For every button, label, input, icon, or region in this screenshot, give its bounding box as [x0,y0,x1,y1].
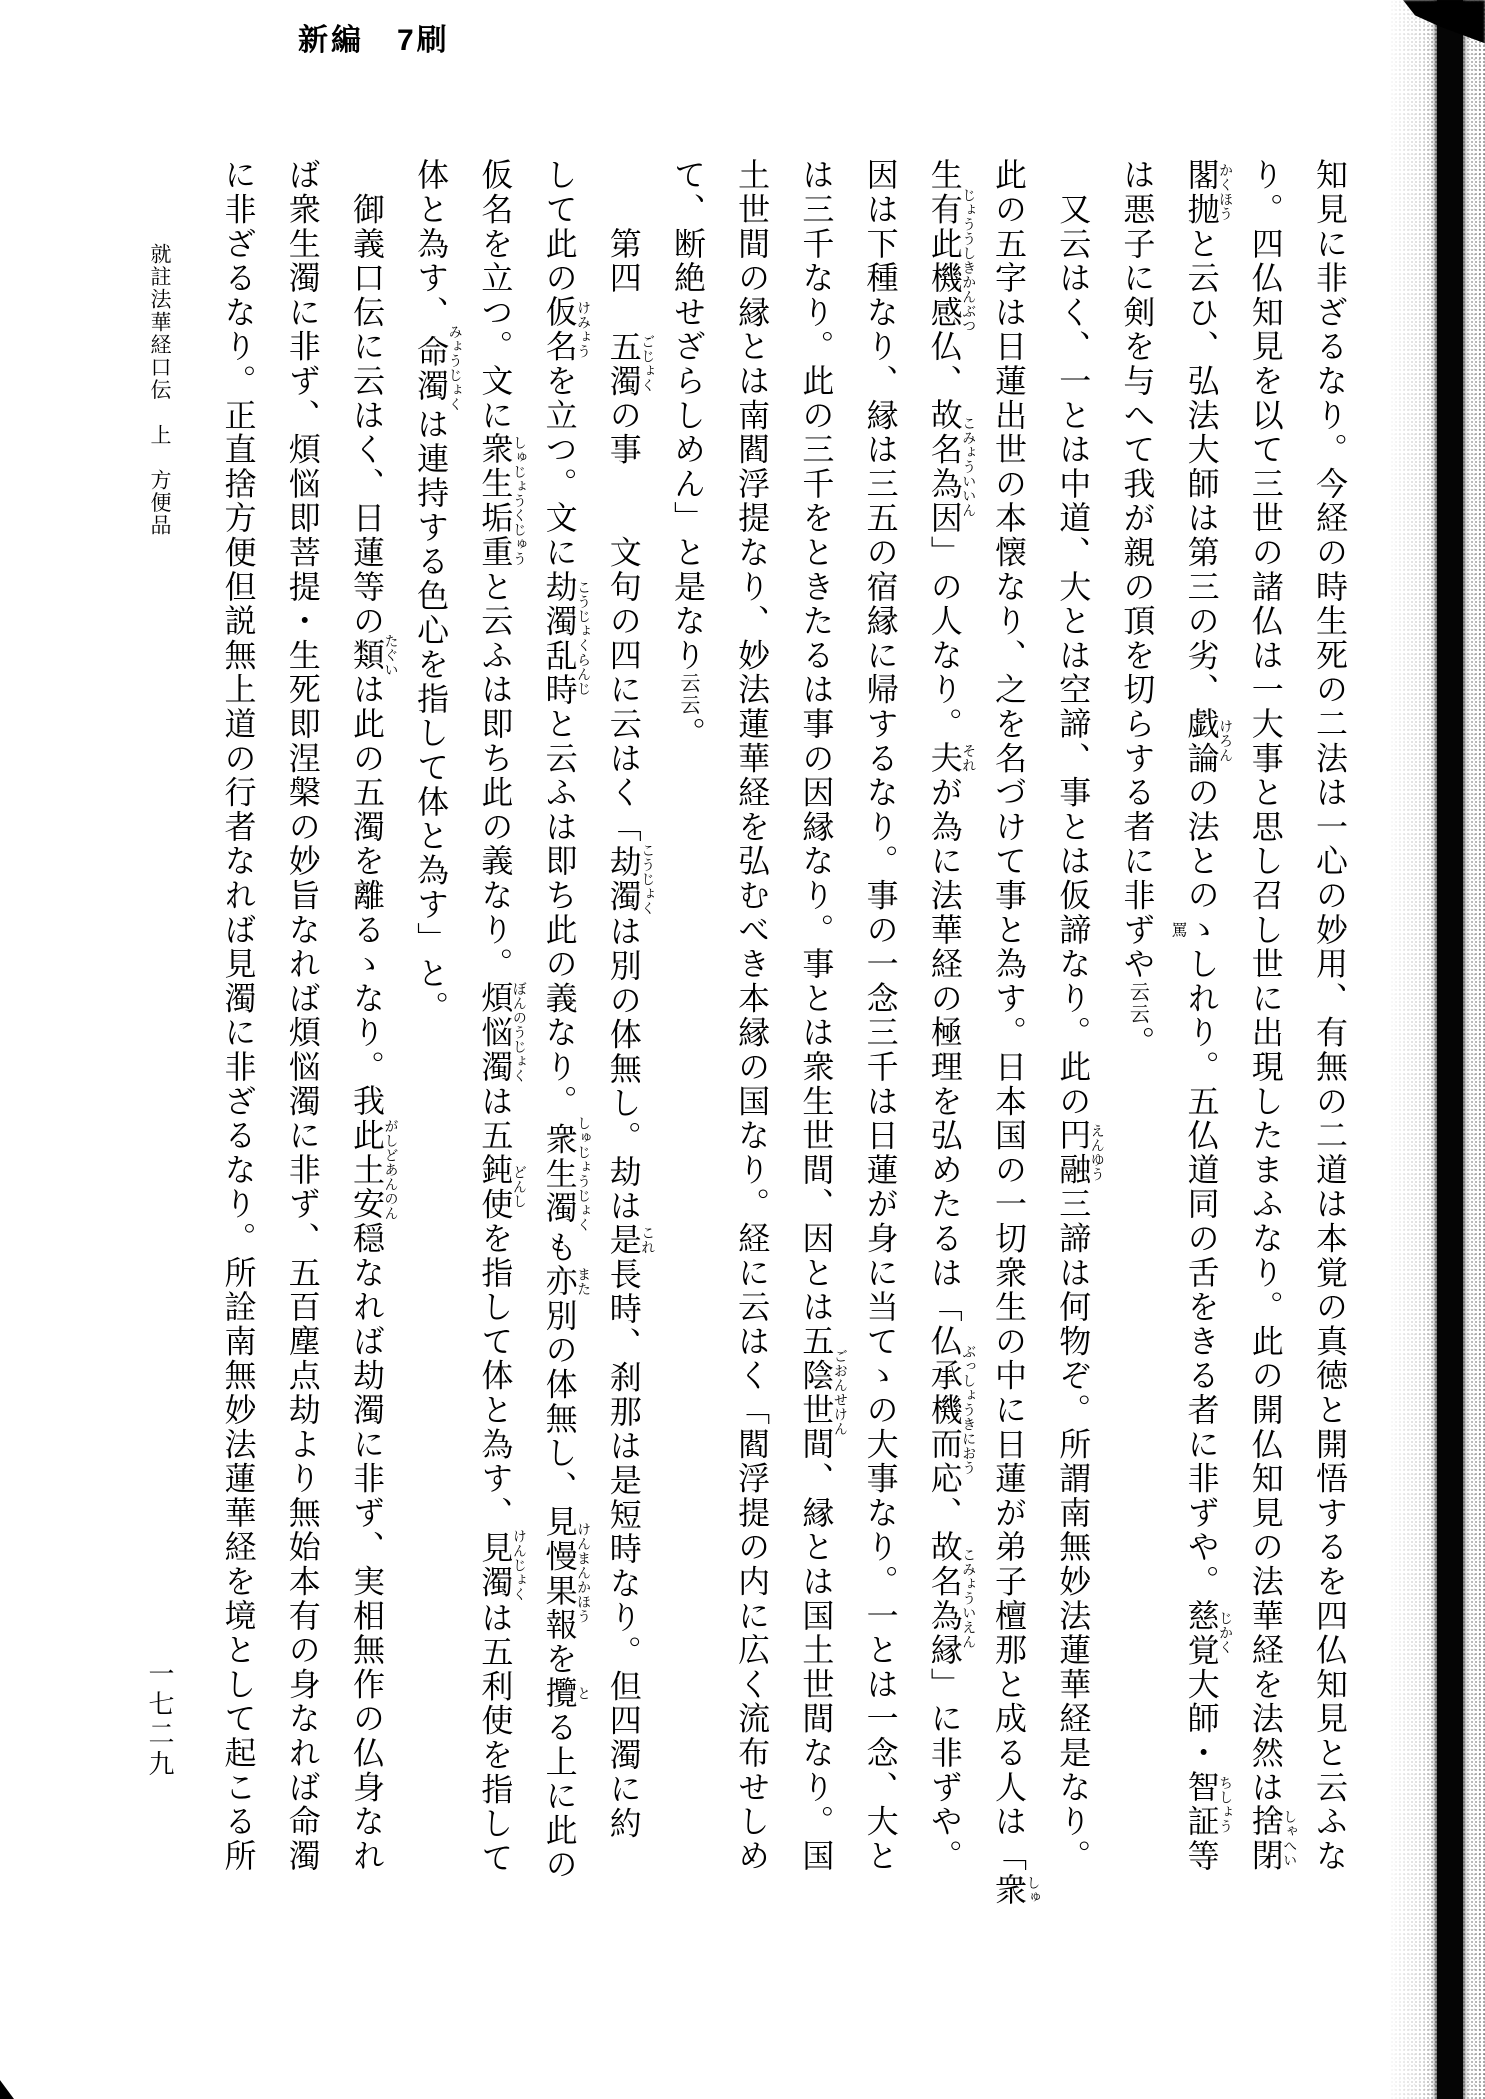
text-column: 第四 五濁ごじょくの事 文句の四に云はく「劫濁こうじょくは別の体無し。劫は是これ… [592,158,656,1873]
text-column: 体と為す、命濁みょうじょくは連持する色心を指して体と為す」と。 [399,158,463,1873]
text-column: 生有此機感仏じょううしきかんぶつ、故名為因こみょういいん」の人なり。夫それが為に… [913,158,977,1873]
text-column: 因は下種なり、縁は三五の宿縁に帰するなり。事の一念三千は日蓮が身に当てゝの大事な… [848,158,912,1873]
running-title: 就註法華経口伝 上 方便品 [142,243,178,583]
book-page: 新編 7刷 知見に非ざるなり。今経の時生死の二法は一心の妙用、有無の二道は本覚の… [0,0,1485,2099]
text-column: に非ざるなり。正直捨方便但説無上道の行者なれば見濁に非ざるなり。所詮南無妙法蓮華… [206,158,270,1873]
text-column: 閣抛かくほうと云ひ、弘法大師は第三の劣、戯論けろんの法とのゝし罵れり。五仏道同の… [1169,158,1233,1873]
text-column: て、断絶せざらしめん」と是なり云云。 [656,158,720,1873]
unun-mark: 云云 [1126,981,1148,1025]
text-column: 知見に非ざるなり。今経の時生死の二法は一心の妙用、有無の二道は本覚の真徳と開悟す… [1298,158,1362,1873]
text-column: して此の仮名けみょうを立つ。文に劫濁乱時こうじょくらんじと云ふは即ち此の義なり。… [527,158,591,1873]
unun-mark: 云云 [677,673,699,717]
text-column: 土世間の縁とは南閻浮提なり、妙法蓮華経を弘むべき本縁の国なり。経に云はく「閻浮提… [720,158,784,1873]
main-text-block: 知見に非ざるなり。今経の時生死の二法は一心の妙用、有無の二道は本覚の真徳と開悟す… [202,158,1362,1873]
text-column: 御義口伝に云はく、日蓮等の類たぐいは此の五濁を離るゝなり。我此土安穏がしどあんの… [335,158,399,1873]
page-number: 一七二九 [141,1660,177,1840]
text-column: は悪子に剣を与へて我が親の頂を切らする者に非ずや云云。 [1105,158,1169,1873]
text-column: 仮名を立つ。文に衆生垢重しゅじょうくじゅうと云ふは即ち此の義なり。煩悩濁ぼんのう… [463,158,527,1873]
scan-artifact-right-bar [1437,0,1463,2099]
scan-artifact-bottom-left-corner [0,2076,14,2099]
text-column: 又云はく、一とは中道、大とは空諦、事とは仮諦なり。此の円融えんゆう三諦は何物ぞ。… [1041,158,1105,1873]
text-column: ば衆生濁に非ず、煩悩即菩提・生死即涅槃の妙旨なれば煩悩濁に非ず、五百塵点劫より無… [271,158,335,1873]
text-column: り。四仏知見を以て三世の諸仏は一大事と思し召し世に出現したまふなり。此の開仏知見… [1234,158,1298,1873]
text-column: 此の五字は日蓮出世の本懐なり、之を名づけて事と為す。日本国の一切衆生の中に日蓮が… [977,158,1041,1873]
text-column: は三千なり。此の三千をときたるは事の因縁なり。事とは衆生世間、因とは五陰世間ごお… [784,158,848,1873]
print-edition-label: 新編 7刷 [298,26,450,56]
